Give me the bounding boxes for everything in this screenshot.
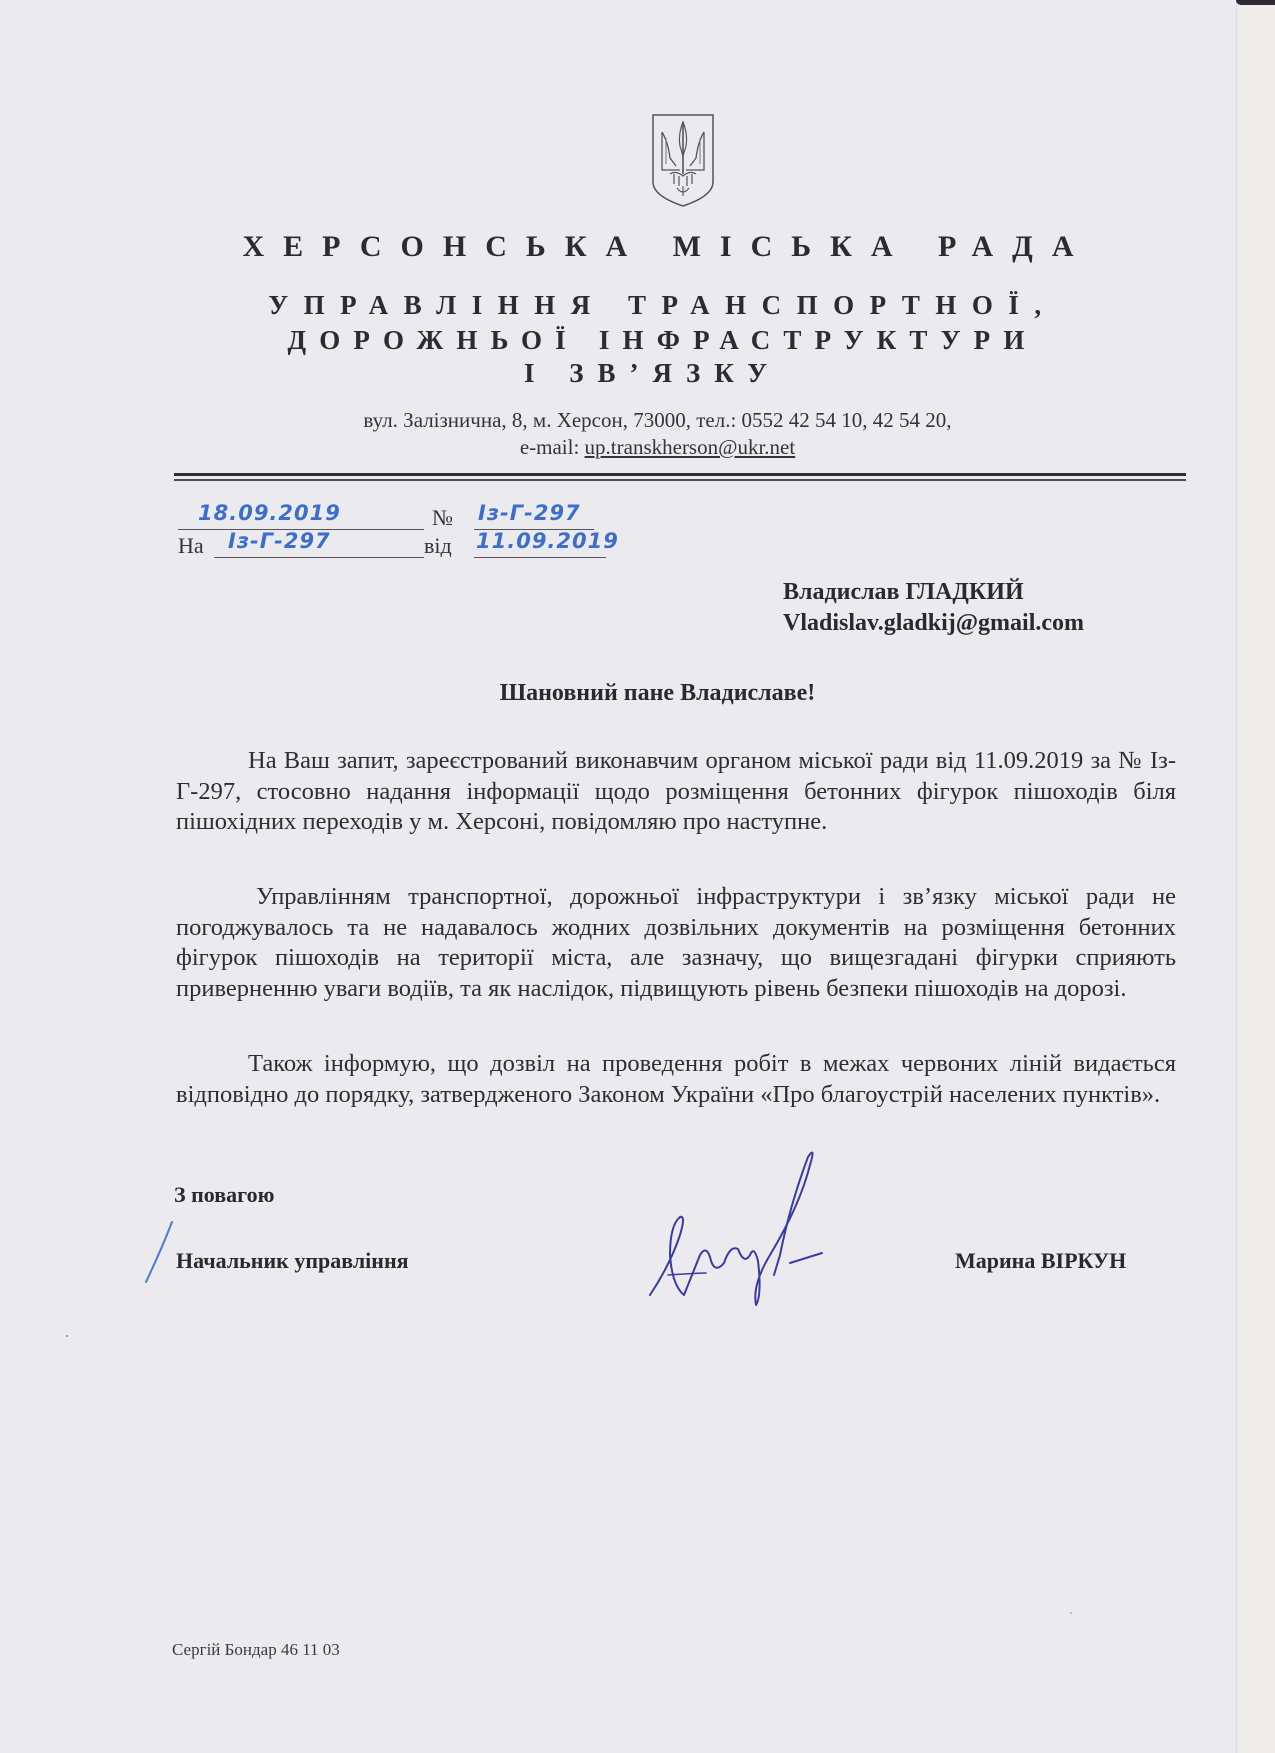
organization-name: ХЕРСОНСЬКА МІСЬКА РАДА [0,230,1275,264]
blue-pen-mark-icon [140,1218,180,1288]
paragraph-text: На Ваш запит, зареєстрований виконавчим … [176,746,1176,838]
incoming-number-field: Із-Г-297 [214,533,424,558]
body-paragraph-1: На Ваш запит, зареєстрований виконавчим … [176,746,1176,838]
scan-speck [1070,1612,1072,1614]
signer-name: Марина ВІРКУН [955,1248,1126,1274]
letterhead-divider-thin [174,479,1186,481]
scan-speck [66,1335,68,1337]
body-paragraph-2: Управлінням транспортної, дорожньої інфр… [176,882,1176,1004]
incoming-date-field: 11.09.2019 [474,533,606,558]
signer-position: Начальник управління [176,1248,409,1274]
recipient-block: Владислав ГЛАДКИЙ Vladislav.gladkij@gmai… [783,577,1084,639]
email-label: e-mail: [520,435,585,459]
incoming-date-handwritten: 11.09.2019 [476,529,619,553]
body-paragraph-3: Також інформую, що дозвіл на проведення … [176,1049,1176,1110]
outgoing-number-handwritten: Із-Г-297 [478,501,581,525]
trident-coat-of-arms-icon [650,112,716,208]
department-name-line-3: І ЗВ’ЯЗКУ [0,358,1275,389]
paragraph-text: Управлінням транспортної, дорожньої інфр… [176,882,1176,1004]
outgoing-date-field: 18.09.2019 [178,505,424,530]
recipient-name: Владислав ГЛАДКИЙ [783,577,1084,608]
in-reply-label: На [178,533,204,559]
closing-regards: З повагою [174,1182,274,1208]
paragraph-text: Також інформую, що дозвіл на проведення … [176,1049,1176,1110]
outgoing-date-handwritten: 18.09.2019 [198,501,341,525]
scanner-corner-mark [1236,0,1275,5]
letterhead-divider-thick [174,473,1186,476]
incoming-number-handwritten: Із-Г-297 [228,529,331,553]
department-name-line-1: УПРАВЛІННЯ ТРАНСПОРТНОЇ, [0,290,1275,321]
organization-address: вул. Залізнична, 8, м. Херсон, 73000, те… [0,408,1275,433]
salutation: Шановний пане Владиславе! [0,680,1275,707]
department-name-line-2: ДОРОЖНЬОЇ ІНФРАСТРУКТУРИ [0,325,1275,356]
executor-contact: Сергій Бондар 46 11 03 [172,1640,340,1660]
handwritten-signature-icon [640,1145,870,1315]
organization-email-link[interactable]: up.transkherson@ukr.net [585,435,796,459]
recipient-email: Vladislav.gladkij@gmail.com [783,608,1084,639]
outgoing-number-field: Із-Г-297 [474,505,594,530]
organization-email-line: e-mail: up.transkherson@ukr.net [0,435,1275,460]
from-label: від [424,533,452,559]
number-label: № [432,505,453,531]
